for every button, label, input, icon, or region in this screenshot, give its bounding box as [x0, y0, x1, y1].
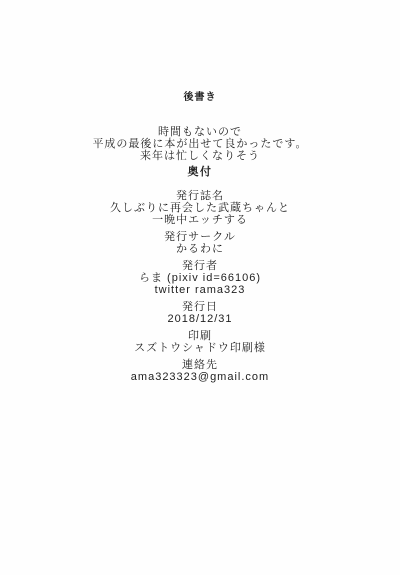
section-label: 印刷 — [0, 330, 400, 342]
publication-date: 2018/12/31 — [0, 313, 400, 325]
author-twitter-handle: twitter rama323 — [0, 284, 400, 296]
contact-email: ama323323@gmail.com — [0, 371, 400, 383]
circle-name: かるわに — [0, 243, 400, 255]
section-author: 発行者 らま (pixiv id=66106) twitter rama323 — [0, 260, 400, 296]
scanned-colophon-page: 後書き 時間もないので 平成の最後に本が出せて良かったです。 来年は忙しくなりそ… — [0, 0, 400, 575]
section-label: 発行日 — [0, 301, 400, 313]
printer-name: スズトウシャドウ印刷様 — [0, 342, 400, 354]
section-publication-date: 発行日 2018/12/31 — [0, 301, 400, 325]
afterword-text-block: 時間もないので 平成の最後に本が出せて良かったです。 来年は忙しくなりそう — [0, 126, 400, 162]
section-label: 発行者 — [0, 260, 400, 272]
publication-title-line: 久しぶりに再会した武蔵ちゃんと — [0, 202, 400, 214]
afterword-line: 時間もないので — [0, 126, 400, 138]
section-contact: 連絡先 ama323323@gmail.com — [0, 359, 400, 383]
afterword-line: 来年は忙しくなりそう — [0, 150, 400, 162]
section-printer: 印刷 スズトウシャドウ印刷様 — [0, 330, 400, 354]
publication-title-line: 一晩中エッチする — [0, 214, 400, 226]
afterword-line: 平成の最後に本が出せて良かったです。 — [0, 138, 400, 150]
afterword-heading: 後書き — [0, 92, 400, 104]
section-circle: 発行サークル かるわに — [0, 231, 400, 255]
section-publication-title: 発行誌名 久しぶりに再会した武蔵ちゃんと 一晩中エッチする — [0, 190, 400, 226]
colophon-heading: 奥付 — [0, 166, 400, 178]
section-label: 発行サークル — [0, 231, 400, 243]
author-pixiv-id: らま (pixiv id=66106) — [0, 272, 400, 284]
section-label: 発行誌名 — [0, 190, 400, 202]
section-label: 連絡先 — [0, 359, 400, 371]
